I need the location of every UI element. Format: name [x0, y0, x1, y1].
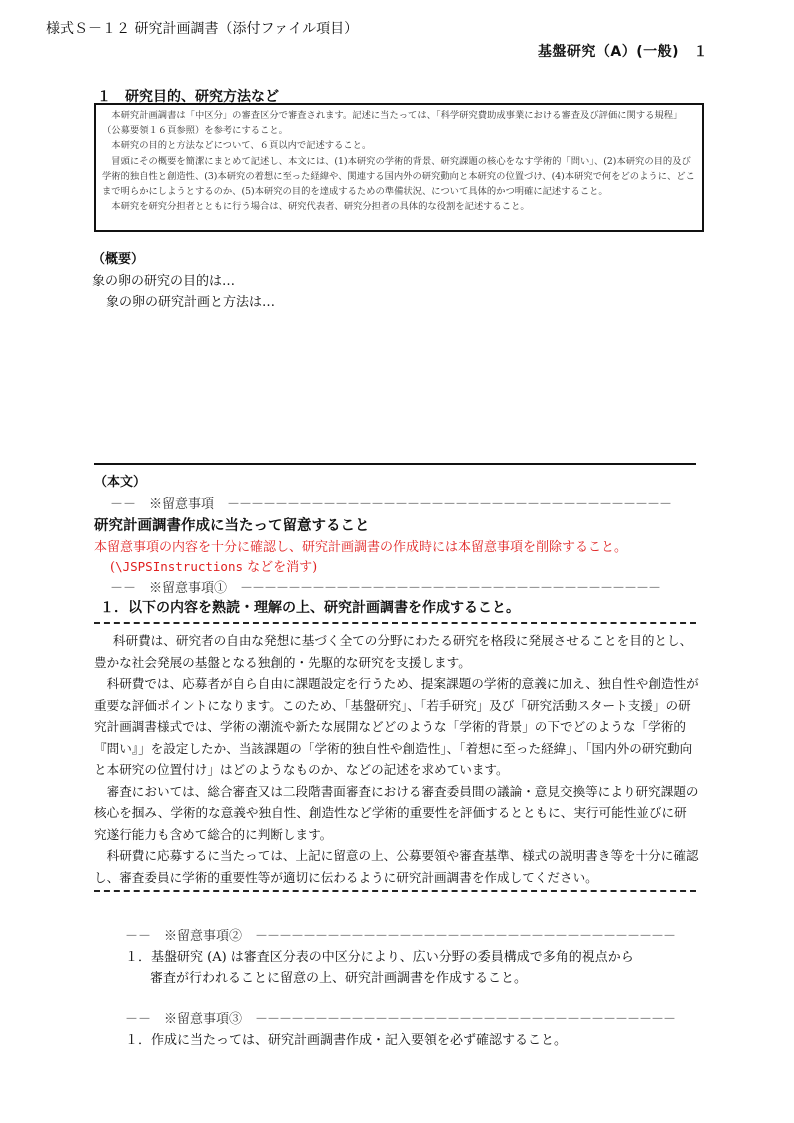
overview-text: 象の卵の研究の目的は… [92, 270, 235, 289]
instruction-paragraph: 本研究計画調書は「中区分」の審査区分で審査されます。記述に当たっては、「科学研究… [102, 108, 696, 138]
note-header-dashes: －－－－－－－－－－－－－－－－－－－－－－－－－－－－－－－－－－－ [240, 581, 660, 596]
instruction-paragraph: 本研究の目的と方法などについて、６頁以内で記述すること。 [102, 138, 696, 153]
note-header-dashes: －－－－－－－－－－－－－－－－－－－－－－－－－－－－－－－－－－－ [255, 1012, 675, 1027]
note-header: －－ ※留意事項 －－－－－－－－－－－－－－－－－－－－－－－－－－－－－－－… [110, 493, 671, 512]
note-item: １．基盤研究 (A) は審査区分表の中区分により、広い分野の委員構成で多角的視点… [125, 946, 634, 965]
note-header: －－ ※留意事項① －－－－－－－－－－－－－－－－－－－－－－－－－－－－－－… [110, 577, 660, 596]
section-divider [94, 463, 696, 465]
note-header-label: －－ ※留意事項 [110, 497, 227, 512]
guide-paragraph: 科研費に応募するに当たっては、上記に留意の上、公募要領や審査基準、様式の説明書き… [94, 845, 699, 888]
instruction-box: 本研究計画調書は「中区分」の審査区分で審査されます。記述に当たっては、「科学研究… [94, 103, 704, 232]
body-label: （本文） [94, 471, 146, 490]
grant-category: 基盤研究（A）(一般) １ [538, 41, 708, 61]
dashed-divider [94, 622, 696, 624]
overview-text: 象の卵の研究計画と方法は… [106, 291, 275, 310]
guide-text: 科研費は、研究者の自由な発想に基づく全ての分野にわたる研究を格段に発展させること… [94, 630, 699, 888]
dashed-divider [94, 890, 696, 892]
warning-code: \JSPSInstructions [115, 559, 243, 574]
note-header-label: －－ ※留意事項③ [125, 1012, 255, 1027]
note-header-dashes: －－－－－－－－－－－－－－－－－－－－－－－－－－－－－－－－－－－－－ [227, 497, 671, 512]
note-header-label: －－ ※留意事項① [110, 581, 240, 596]
guide-paragraph: 科研費は、研究者の自由な発想に基づく全ての分野にわたる研究を格段に発展させること… [94, 630, 699, 673]
warning-paren: などを消す) [243, 560, 317, 575]
note-item: 審査が行われることに留意の上、研究計画調書を作成すること。 [150, 967, 527, 986]
note-header: －－ ※留意事項③ －－－－－－－－－－－－－－－－－－－－－－－－－－－－－－… [125, 1008, 675, 1027]
instruction-paragraph: 冒頭にその概要を簡潔にまとめて記述し、本文には、(1)本研究の学術的背景、研究課… [102, 154, 696, 200]
guide-paragraph: 審査においては、総合審査又は二段階書面審査における審査委員間の議論・意見交換等に… [94, 781, 699, 846]
instruction-paragraph: 本研究を研究分担者とともに行う場合は、研究代表者、研究分担者の具体的な役割を記述… [102, 199, 696, 214]
note-item: １．作成に当たっては、研究計画調書作成・記入要領を必ず確認すること。 [125, 1029, 567, 1048]
guide-paragraph: 科研費では、応募者が自ら自由に課題設定を行うため、提案課題の学術的意義に加え、独… [94, 673, 699, 781]
overview-label: （概要） [92, 248, 144, 267]
note-header-label: －－ ※留意事項② [125, 929, 255, 944]
note-header: －－ ※留意事項② －－－－－－－－－－－－－－－－－－－－－－－－－－－－－－… [125, 925, 675, 944]
note-title: 研究計画調書作成に当たって留意すること [94, 514, 370, 535]
note-item: １．以下の内容を熟読・理解の上、研究計画調書を作成すること。 [100, 597, 520, 617]
note-header-dashes: －－－－－－－－－－－－－－－－－－－－－－－－－－－－－－－－－－－ [255, 929, 675, 944]
warning-text: 本留意事項の内容を十分に確認し、研究計画調書の作成時には本留意事項を削除すること… [94, 536, 627, 555]
warning-text: (\JSPSInstructions などを消す) [110, 556, 317, 575]
form-id: 様式Ｓ－１２ 研究計画調書（添付ファイル項目） [46, 18, 358, 38]
